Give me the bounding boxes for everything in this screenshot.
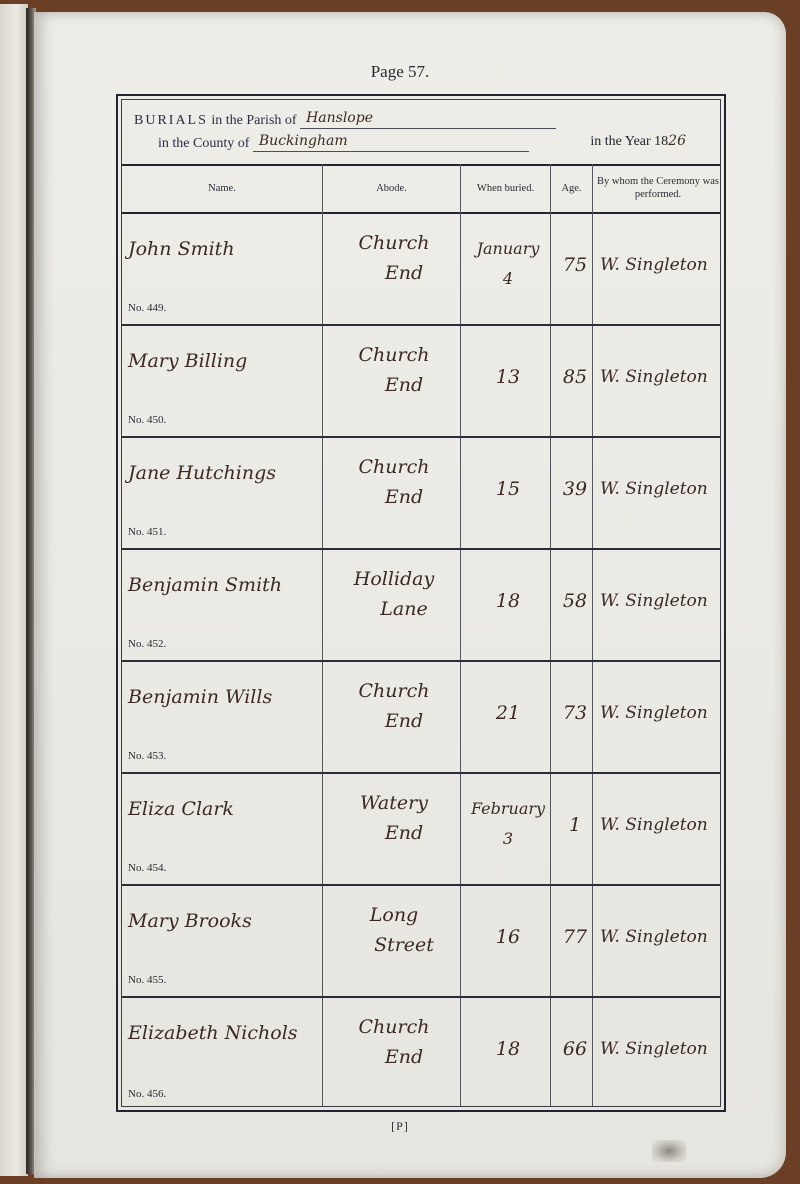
entry-abode: ChurchEnd: [326, 452, 462, 512]
year-value: 26: [668, 133, 686, 149]
entry-age: 1: [554, 810, 596, 840]
entry-abode: ChurchEnd: [326, 1012, 462, 1072]
entry-name: Mary Brooks: [128, 906, 252, 936]
entry-name: Benjamin Smith: [128, 570, 282, 600]
entry-abode: HollidayLane: [326, 564, 462, 624]
printer-signature-mark: [P]: [0, 1119, 800, 1134]
entry-age: 39: [554, 474, 596, 504]
column-header-name: Name.: [122, 164, 322, 212]
entry-name: Eliza Clark: [128, 794, 234, 824]
entry-officiant: W. Singleton: [598, 698, 730, 728]
entry-when-buried: 21: [462, 698, 554, 728]
table-row: Elizabeth Nichols No. 456. ChurchEnd 18 …: [122, 998, 720, 1110]
entry-number: No. 456.: [128, 1088, 166, 1100]
entry-when-buried: 15: [462, 474, 554, 504]
abode-line-1: Holliday: [354, 568, 434, 590]
entry-name: Elizabeth Nichols: [128, 1018, 298, 1048]
entry-abode: LongStreet: [326, 900, 462, 960]
table-row: Jane Hutchings No. 451. ChurchEnd 15 39 …: [122, 438, 720, 550]
table-row: Benjamin Smith No. 452. HollidayLane 18 …: [122, 550, 720, 662]
abode-line-2: Street: [326, 930, 462, 960]
parish-prefix: in the Parish of: [211, 113, 296, 128]
entry-when-buried: 18: [462, 1034, 554, 1064]
register-heading: BURIALS in the Parish of Hanslope in the…: [122, 100, 720, 166]
burial-month: February: [471, 799, 545, 818]
entry-officiant: W. Singleton: [598, 922, 730, 952]
entry-name: Benjamin Wills: [128, 682, 272, 712]
abode-line-1: Church: [359, 344, 430, 366]
entry-age: 77: [554, 922, 596, 952]
abode-line-2: End: [326, 706, 462, 736]
entry-age: 58: [554, 586, 596, 616]
table-row: Mary Billing No. 450. ChurchEnd 13 85 W.…: [122, 326, 720, 438]
entry-age: 85: [554, 362, 596, 392]
entry-number: No. 455.: [128, 974, 166, 986]
abode-line-1: Watery: [360, 792, 428, 814]
entry-age: 66: [554, 1034, 596, 1064]
entry-name: John Smith: [128, 234, 235, 264]
entry-name: Mary Billing: [128, 346, 247, 376]
table-row: Eliza Clark No. 454. WateryEnd February3…: [122, 774, 720, 886]
year-prefix: in the Year 18: [590, 134, 668, 149]
abode-line-1: Church: [359, 456, 430, 478]
column-header-abode: Abode.: [323, 164, 460, 212]
abode-line-2: End: [326, 258, 462, 288]
entry-number: No. 454.: [128, 862, 166, 874]
table-row: John Smith No. 449. ChurchEnd January4 7…: [122, 214, 720, 326]
entry-officiant: W. Singleton: [598, 810, 730, 840]
entry-when-buried: 13: [462, 362, 554, 392]
table-row: Benjamin Wills No. 453. ChurchEnd 21 73 …: [122, 662, 720, 774]
entry-age: 75: [554, 250, 596, 280]
column-header-age: Age.: [551, 164, 592, 212]
parish-line: BURIALS in the Parish of Hanslope: [134, 110, 556, 129]
abode-line-1: Church: [359, 232, 430, 254]
abode-line-2: Lane: [326, 594, 462, 624]
year-line: in the Year 1826: [590, 133, 686, 150]
entry-when-buried: January4: [462, 234, 554, 294]
burial-month: January: [477, 239, 540, 258]
entries-body: John Smith No. 449. ChurchEnd January4 7…: [122, 214, 720, 1106]
abode-line-2: End: [326, 1042, 462, 1072]
entry-number: No. 451.: [128, 526, 166, 538]
burial-register-table: BURIALS in the Parish of Hanslope in the…: [116, 94, 726, 1112]
abode-line-2: End: [326, 482, 462, 512]
abode-line-1: Long: [370, 904, 418, 926]
register-title: BURIALS: [134, 113, 208, 128]
entry-when-buried: February3: [462, 794, 554, 854]
entry-abode: ChurchEnd: [326, 676, 462, 736]
entry-number: No. 450.: [128, 414, 166, 426]
county-value: Buckingham: [253, 133, 529, 152]
abode-line-1: Church: [359, 1016, 430, 1038]
table-row: Mary Brooks No. 455. LongStreet 16 77 W.…: [122, 886, 720, 998]
entry-officiant: W. Singleton: [598, 250, 730, 280]
table-inner-border: BURIALS in the Parish of Hanslope in the…: [121, 99, 721, 1107]
entry-number: No. 453.: [128, 750, 166, 762]
entry-officiant: W. Singleton: [598, 474, 730, 504]
burial-day: 4: [503, 269, 513, 288]
ink-stain: [652, 1140, 686, 1162]
entry-officiant: W. Singleton: [598, 1034, 730, 1064]
parish-value: Hanslope: [300, 110, 556, 129]
entry-age: 73: [554, 698, 596, 728]
entry-officiant: W. Singleton: [598, 586, 730, 616]
entry-number: No. 449.: [128, 302, 166, 314]
entry-number: No. 452.: [128, 638, 166, 650]
burial-day: 3: [503, 829, 513, 848]
abode-line-2: End: [326, 370, 462, 400]
entry-abode: ChurchEnd: [326, 340, 462, 400]
column-header-when-buried: When buried.: [461, 164, 550, 212]
entry-abode: WateryEnd: [326, 788, 462, 848]
entry-name: Jane Hutchings: [128, 458, 276, 488]
abode-line-2: End: [326, 818, 462, 848]
county-prefix: in the County of: [158, 136, 249, 151]
facing-page-edge: [0, 4, 28, 1176]
entry-officiant: W. Singleton: [598, 362, 730, 392]
page-number: Page 57.: [0, 62, 800, 82]
entry-when-buried: 18: [462, 586, 554, 616]
column-header-officiant: By whom the Ceremony was performed.: [593, 164, 723, 212]
county-line: in the County of Buckingham: [158, 133, 529, 152]
column-header-row: Name. Abode. When buried. Age. By whom t…: [122, 164, 720, 214]
abode-line-1: Church: [359, 680, 430, 702]
entry-when-buried: 16: [462, 922, 554, 952]
entry-abode: ChurchEnd: [326, 228, 462, 288]
